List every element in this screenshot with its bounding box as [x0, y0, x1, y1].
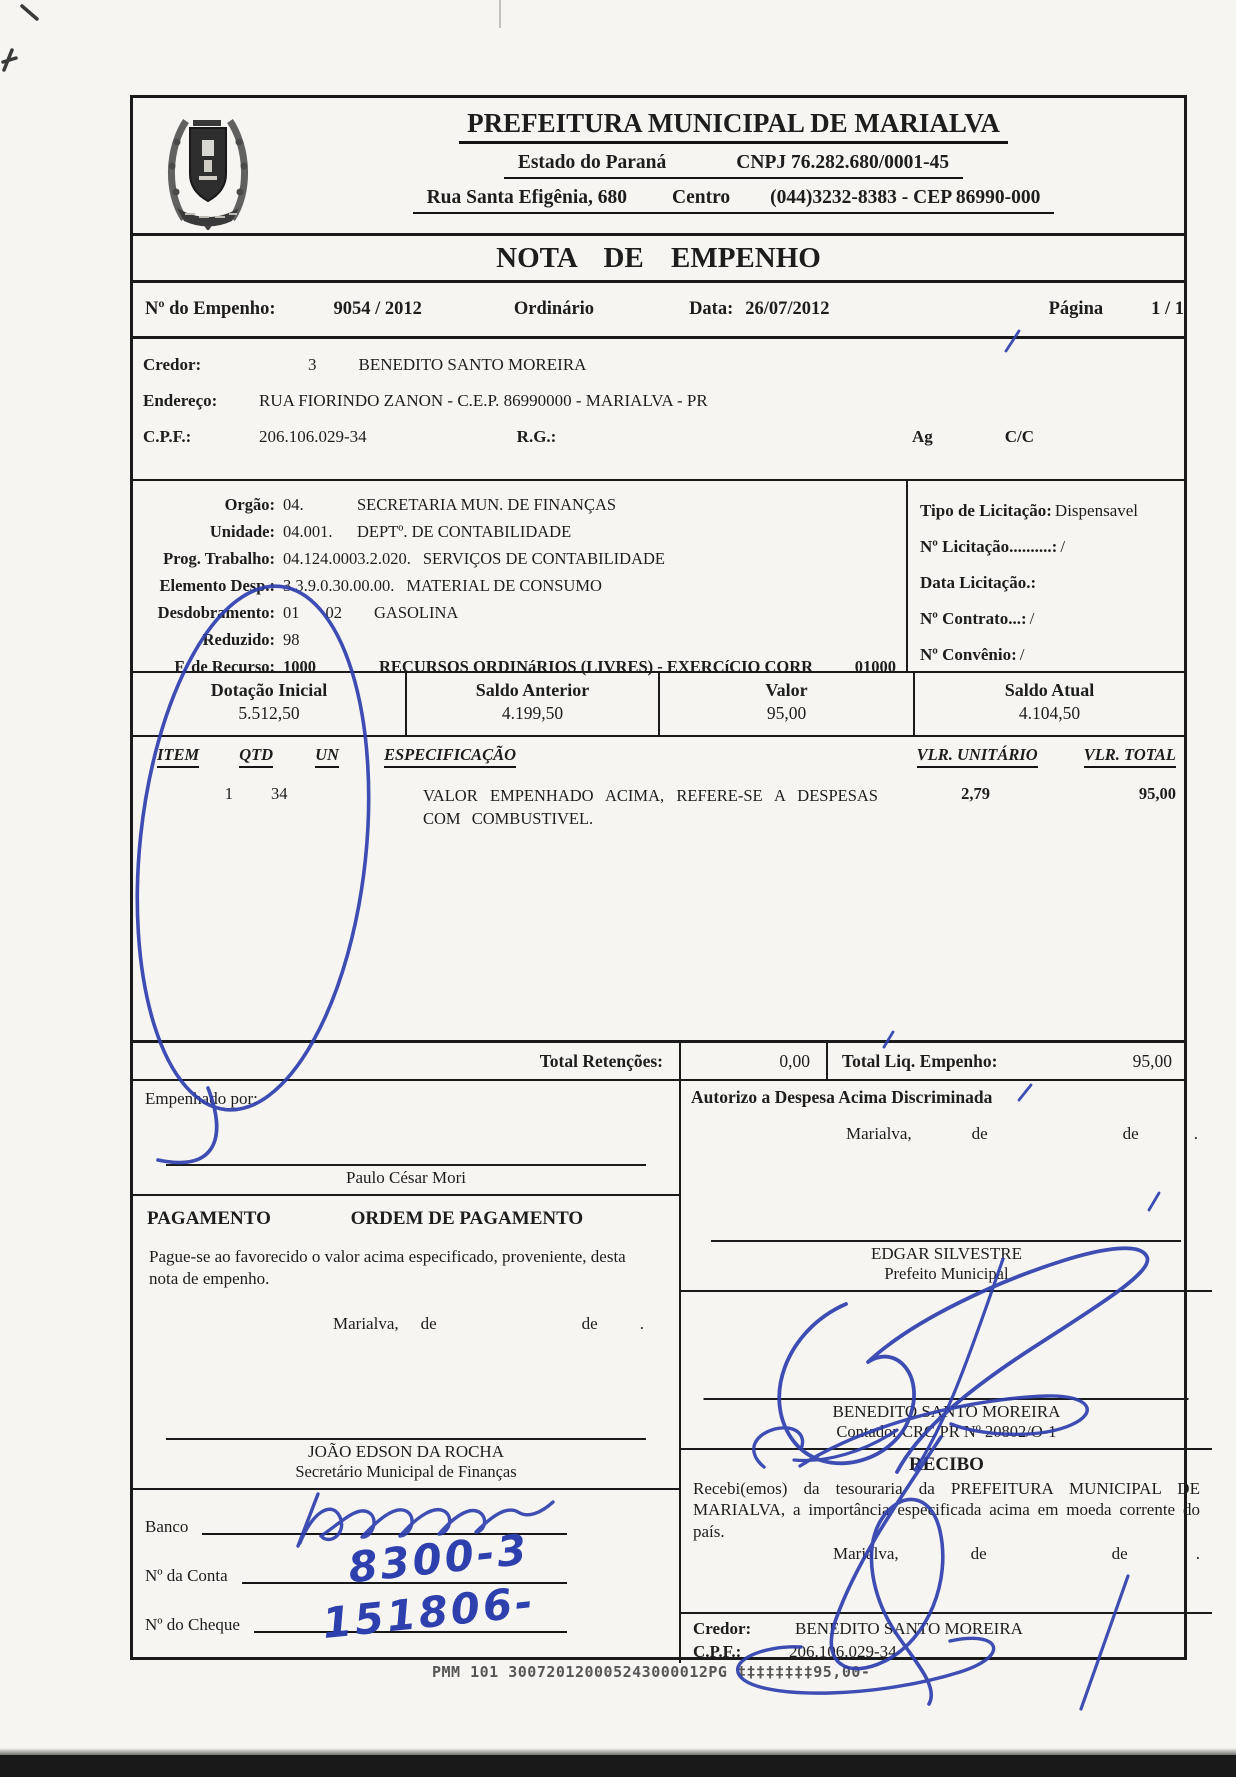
autorizacao-date-line: Marialva, de de . — [691, 1124, 1212, 1144]
machine-printed-footer: PMM 101 300720120005243000012PG ‡‡‡‡‡‡‡‡… — [432, 1663, 870, 1681]
tipo-licitacao-label: Tipo de Licitação: — [920, 501, 1052, 520]
ordem-pagamento-title: ORDEM DE PAGAMENTO — [271, 1208, 663, 1230]
saldo-atual-value: 4.104,50 — [915, 703, 1184, 724]
unidade-label: Unidade: — [133, 522, 275, 542]
prefeito-name: EDGAR SILVESTRE — [711, 1244, 1181, 1264]
dotacao-inicial-cell: Dotação Inicial 5.512,50 — [133, 673, 407, 735]
elemento-desp-row: Elemento Desp.: 3.3.9.0.30.00.00. MATERI… — [133, 572, 906, 599]
left-column: Empenhado por: Paulo César Mori PAGAMENT… — [133, 1081, 681, 1663]
empenho-date-label: Data: — [689, 299, 733, 320]
desdobramento-code2: 02 — [326, 603, 343, 623]
valor-cell: Valor 95,00 — [660, 673, 915, 735]
num-licitacao-value: / — [1060, 537, 1065, 556]
autorizacao-box: Autorizo a Despesa Acima Discriminada Ma… — [681, 1081, 1212, 1292]
banco-label: Banco — [145, 1517, 188, 1539]
item-header: ITEM — [157, 745, 199, 768]
endereco-value: RUA FIORINDO ZANON - C.E.P. 86990000 - M… — [259, 391, 708, 411]
page-label: Página — [1049, 299, 1103, 320]
state-cnpj-line: Estado do ParanáCNPJ 76.282.680/0001-45 — [283, 152, 1184, 179]
saldo-atual-cell: Saldo Atual 4.104,50 — [915, 673, 1184, 735]
credor-row: Credor: 3 BENEDITO SANTO MOREIRA — [133, 347, 1184, 383]
item-row: 1 34 VALOR EMPENHADO ACIMA, REFERE-SE A … — [133, 784, 1184, 830]
num-convenio-row: Nº Convênio:/ — [920, 637, 1184, 673]
cheque-row: Nº do Cheque — [133, 1588, 679, 1637]
header-text-block: PREFEITURA MUNICIPAL DE MARIALVA Estado … — [283, 98, 1184, 214]
cpf-value: 206.106.029-34 — [259, 427, 367, 447]
conta-fill-line — [242, 1581, 567, 1584]
page-number: 1 / 1 — [1151, 299, 1184, 320]
licitacao-column: Tipo de Licitação:Dispensavel Nº Licitaç… — [908, 481, 1184, 671]
city-label: Marialva, — [333, 1314, 399, 1334]
pencil-corner-marks — [3, 6, 37, 70]
pagamento-date-line: Marialva, de de . — [133, 1314, 679, 1334]
cheque-fill-line — [254, 1630, 567, 1633]
pagamento-text: Pague-se ao favorecido o valor acima esp… — [133, 1230, 679, 1290]
contador-title: Contador CRC/PR Nº 20802/O-1 — [704, 1422, 1189, 1442]
orgao-label: Orgão: — [133, 495, 275, 515]
secretario-name: JOÃO EDSON DA ROCHA — [166, 1442, 646, 1462]
district-label: Centro — [672, 187, 730, 208]
rg-label: R.G.: — [517, 427, 557, 447]
recibo-date-line: Marialva, de de . — [693, 1544, 1200, 1564]
endereco-row: Endereço: RUA FIORINDO ZANON - C.E.P. 86… — [133, 383, 1184, 419]
vlr-unitario-header: VLR. UNITÁRIO — [917, 745, 1038, 768]
data-licitacao-row: Data Licitação.: — [920, 565, 1184, 601]
period-label: . — [1196, 1544, 1200, 1564]
prefeito-signature-line — [711, 1240, 1181, 1242]
desdobramento-code: 01 — [283, 603, 300, 623]
orgao-code: 04. — [283, 495, 345, 515]
dotacao-inicial-value: 5.512,50 — [133, 703, 405, 724]
qtd-header: QTD — [239, 745, 273, 768]
secretario-signature-block: JOÃO EDSON DA ROCHA Secretário Municipal… — [166, 1438, 646, 1482]
desdobramento-row: Desdobramento: 01 02 GASOLINA — [133, 599, 906, 626]
item-vlr-total: 95,00 — [990, 784, 1184, 804]
empenho-number: 9054 / 2012 — [334, 299, 422, 320]
orgao-row: Orgão: 04. SECRETARIA MUN. DE FINANÇAS — [133, 491, 906, 518]
num-convenio-label: Nº Convênio: — [920, 645, 1017, 664]
num-licitacao-label: Nº Licitação..........: — [920, 537, 1057, 556]
phone-cep-label: (044)3232-8383 - CEP 86990-000 — [770, 187, 1040, 208]
empenhado-por-label: Empenhado por: — [145, 1089, 258, 1108]
secretario-title: Secretário Municipal de Finanças — [166, 1462, 646, 1482]
prefeito-title: Prefeito Municipal — [711, 1264, 1181, 1284]
empenho-row: Nº do Empenho: 9054 / 2012 Ordinário Dat… — [133, 283, 1184, 339]
recibo-title: RECIBO — [693, 1454, 1200, 1476]
contador-signature-block: BENEDITO SANTO MOREIRA Contador CRC/PR N… — [704, 1398, 1189, 1442]
total-liq-empenho-label: Total Liq. Empenho: — [828, 1043, 997, 1079]
items-header-row: ITEM QTD UN ESPECIFICAÇÃO VLR. UNITÁRIO … — [133, 745, 1184, 768]
conta-label: Nº da Conta — [145, 1566, 228, 1588]
address-line: Rua Santa Efigênia, 680Centro(044)3232-8… — [283, 187, 1184, 214]
street-label: Rua Santa Efigênia, 680 — [427, 187, 627, 208]
cnpj-label: CNPJ 76.282.680/0001-45 — [736, 152, 949, 173]
de-label: de — [1112, 1544, 1128, 1564]
orcamento-classification: Orgão: 04. SECRETARIA MUN. DE FINANÇAS U… — [133, 481, 908, 671]
saldo-anterior-cell: Saldo Anterior 4.199,50 — [407, 673, 660, 735]
reduzido-code: 98 — [283, 630, 345, 650]
recibo-cpf-row: C.P.F.: 206.106.029-34 — [693, 1640, 1212, 1663]
empenhado-signature-block: Paulo César Mori — [166, 1164, 646, 1188]
saldo-anterior-label: Saldo Anterior — [407, 680, 658, 701]
endereco-label: Endereço: — [133, 391, 253, 411]
total-retencoes-value: 0,00 — [681, 1043, 828, 1079]
autorizacao-title: Autorizo a Despesa Acima Discriminada — [691, 1087, 1212, 1108]
banco-row: Banco — [133, 1490, 679, 1539]
unidade-code: 04.001. — [283, 522, 345, 542]
pagamento-header: PAGAMENTO ORDEM DE PAGAMENTO — [133, 1196, 679, 1230]
period-label: . — [640, 1314, 644, 1334]
contador-box: BENEDITO SANTO MOREIRA Contador CRC/PR N… — [681, 1292, 1212, 1449]
dotacao-inicial-label: Dotação Inicial — [133, 680, 405, 701]
reduzido-row: Reduzido: 98 — [133, 626, 906, 653]
pagamento-title: PAGAMENTO — [147, 1208, 271, 1230]
totals-row: Total Retenções: 0,00 Total Liq. Empenho… — [133, 1043, 1184, 1081]
tipo-licitacao-row: Tipo de Licitação:Dispensavel — [920, 493, 1184, 529]
valor-label: Valor — [660, 680, 913, 701]
nota-de-empenho-form: PREFEITURA MUNICIPAL DE MARIALVA Estado … — [130, 95, 1187, 1660]
reduzido-label: Reduzido: — [133, 630, 275, 650]
recibo-cpf-value: 206.106.029-34 — [789, 1642, 897, 1662]
credor-label: Credor: — [133, 355, 253, 375]
prog-trabalho-code: 04.124.0003.2.020. — [283, 549, 411, 569]
state-label: Estado do Paraná — [518, 152, 666, 173]
un-header: UN — [315, 745, 339, 768]
orcamento-section: Orgão: 04. SECRETARIA MUN. DE FINANÇAS U… — [133, 481, 1184, 673]
recibo-box: RECIBO Recebi(emos) da tesouraria da PRE… — [681, 1450, 1212, 1614]
credor-name: BENEDITO SANTO MOREIRA — [359, 355, 587, 375]
contador-name: BENEDITO SANTO MOREIRA — [704, 1402, 1189, 1422]
de-label: de — [1123, 1124, 1139, 1144]
city-label: Marialva, — [833, 1544, 899, 1564]
credor-code: 3 — [308, 355, 317, 375]
valor-value: 95,00 — [660, 703, 913, 724]
num-contrato-label: Nº Contrato...: — [920, 609, 1027, 628]
empenhado-signer-name: Paulo César Mori — [166, 1168, 646, 1188]
recibo-credor-label: Credor: — [693, 1619, 773, 1639]
recibo-credor-row: Credor: BENEDITO SANTO MOREIRA — [693, 1617, 1212, 1640]
document-title: NOTA DE EMPENHO — [133, 236, 1184, 283]
scan-crease-mark — [499, 0, 501, 28]
vlr-total-header: VLR. TOTAL — [1084, 745, 1176, 768]
prog-trabalho-row: Prog. Trabalho: 04.124.0003.2.020. SERVI… — [133, 545, 906, 572]
empenho-number-label: Nº do Empenho: — [145, 299, 276, 320]
scanned-document-page: PREFEITURA MUNICIPAL DE MARIALVA Estado … — [0, 0, 1236, 1777]
items-table: ITEM QTD UN ESPECIFICAÇÃO VLR. UNITÁRIO … — [133, 737, 1184, 1043]
form-header: PREFEITURA MUNICIPAL DE MARIALVA Estado … — [133, 98, 1184, 236]
elemento-desp-desc: MATERIAL DE CONSUMO — [406, 576, 602, 596]
signature-area: Empenhado por: Paulo César Mori PAGAMENT… — [133, 1081, 1184, 1663]
item-especificacao: VALOR EMPENHADO ACIMA, REFERE-SE A DESPE… — [423, 784, 878, 830]
total-retencoes-label: Total Retenções: — [133, 1043, 681, 1079]
scan-bottom-band — [0, 1755, 1236, 1777]
cheque-label: Nº do Cheque — [145, 1615, 240, 1637]
tipo-licitacao-value: Dispensavel — [1055, 501, 1138, 520]
scan-shadow-fade — [0, 1748, 1236, 1755]
recibo-text: Recebi(emos) da tesouraria da PREFEITURA… — [693, 1478, 1200, 1543]
banco-fill-line — [202, 1532, 567, 1535]
num-contrato-row: Nº Contrato...:/ — [920, 601, 1184, 637]
prog-trabalho-desc: SERVIÇOS DE CONTABILIDADE — [423, 549, 665, 569]
recibo-credor-strip: Credor: BENEDITO SANTO MOREIRA C.P.F.: 2… — [681, 1614, 1212, 1663]
cc-label: C/C — [1005, 427, 1034, 447]
period-label: . — [1194, 1124, 1198, 1144]
conta-row: Nº da Conta — [133, 1539, 679, 1588]
elemento-desp-code: 3.3.9.0.30.00.00. — [283, 576, 394, 596]
cpf-label: C.P.F.: — [133, 427, 253, 447]
prog-trabalho-label: Prog. Trabalho: — [133, 549, 275, 569]
de-label: de — [972, 1124, 988, 1144]
especificacao-header: ESPECIFICAÇÃO — [384, 745, 516, 768]
unidade-desc: DEPTº. DE CONTABILIDADE — [357, 522, 571, 542]
total-liq-empenho-value: 95,00 — [1133, 1043, 1184, 1079]
saldo-atual-label: Saldo Atual — [915, 680, 1184, 701]
saldo-anterior-value: 4.199,50 — [407, 703, 658, 724]
prefeito-signature-block: EDGAR SILVESTRE Prefeito Municipal — [711, 1240, 1181, 1284]
pagamento-box: PAGAMENTO ORDEM DE PAGAMENTO Pague-se ao… — [133, 1196, 679, 1490]
contador-signature-line — [704, 1398, 1189, 1400]
credor-section: Credor: 3 BENEDITO SANTO MOREIRA Endereç… — [133, 339, 1184, 481]
item-vlr-unitario: 2,79 — [878, 784, 990, 804]
unidade-row: Unidade: 04.001. DEPTº. DE CONTABILIDADE — [133, 518, 906, 545]
org-name: PREFEITURA MUNICIPAL DE MARIALVA — [459, 108, 1008, 144]
empenhado-signature-line — [166, 1164, 646, 1166]
city-label: Marialva, — [846, 1124, 912, 1144]
desdobramento-label: Desdobramento: — [133, 603, 275, 623]
ag-label: Ag — [912, 427, 933, 447]
empenhado-por-box: Empenhado por: Paulo César Mori — [133, 1081, 679, 1196]
de-label: de — [582, 1314, 598, 1334]
recibo-cpf-label: C.P.F.: — [693, 1642, 773, 1662]
cpf-row: C.P.F.: 206.106.029-34 R.G.: Ag C/C — [133, 419, 1184, 455]
marialva-coat-of-arms-logo — [163, 108, 253, 230]
item-qtd: 34 — [271, 784, 326, 804]
num-licitacao-row: Nº Licitação..........:/ — [920, 529, 1184, 565]
secretario-signature-line — [166, 1438, 646, 1440]
num-contrato-value: / — [1030, 609, 1035, 628]
desdobramento-desc: GASOLINA — [374, 603, 458, 623]
banco-box: Banco Nº da Conta Nº do Cheque — [133, 1490, 679, 1663]
de-label: de — [421, 1314, 437, 1334]
num-convenio-value: / — [1020, 645, 1025, 664]
data-licitacao-label: Data Licitação.: — [920, 573, 1036, 592]
item-number: 1 — [133, 784, 233, 804]
orgao-desc: SECRETARIA MUN. DE FINANÇAS — [357, 495, 616, 515]
elemento-desp-label: Elemento Desp.: — [133, 576, 275, 596]
de-label: de — [971, 1544, 987, 1564]
empenho-type: Ordinário — [514, 299, 594, 320]
recibo-credor-name: BENEDITO SANTO MOREIRA — [795, 1619, 1023, 1639]
empenho-date: 26/07/2012 — [745, 299, 829, 320]
saldos-section: Dotação Inicial 5.512,50 Saldo Anterior … — [133, 673, 1184, 737]
right-column: Autorizo a Despesa Acima Discriminada Ma… — [681, 1081, 1212, 1663]
